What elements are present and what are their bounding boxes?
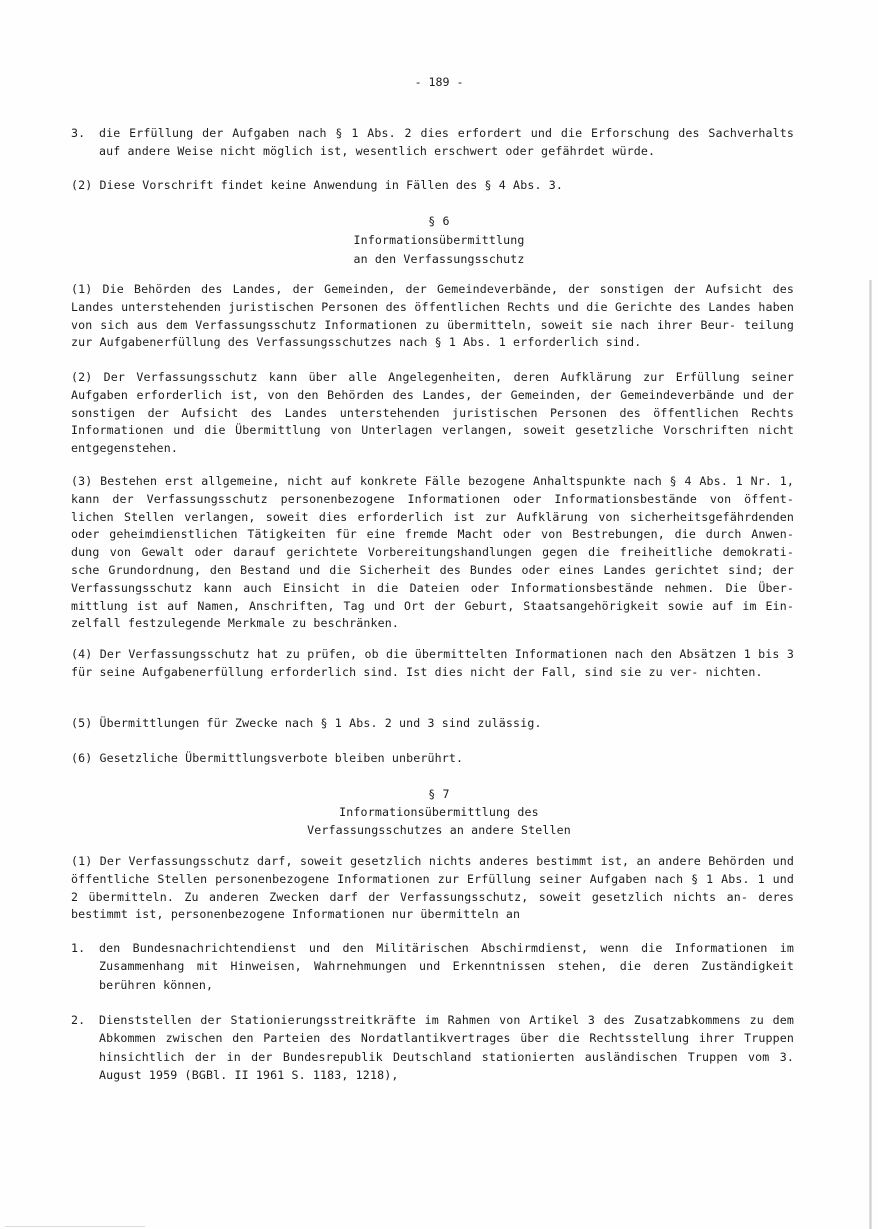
list-item-3: 3. die Erfüllung der Aufgaben nach § 1 A… (71, 124, 794, 161)
list-item-number: 2. (71, 1011, 85, 1029)
section-7-list-item-2: 2. Dienststellen der Stationierungsstrei… (71, 1011, 794, 1084)
section-6-number: § 6 (0, 212, 878, 231)
list-item-number: 1. (71, 939, 85, 957)
section-6-title-line-1: Informationsübermittlung (0, 231, 878, 250)
list-item-text: Dienststellen der Stationierungsstreitkr… (99, 1011, 794, 1084)
section-6-paragraph-2: (2) Der Verfassungsschutz kann über alle… (71, 369, 794, 458)
section-6-paragraph-3: (3) Bestehen erst allgemeine, nicht auf … (71, 473, 794, 633)
list-item-text: den Bundesnachrichtendienst und den Mili… (99, 939, 794, 994)
page-number: - 189 - (0, 74, 878, 91)
section-6-paragraph-5: (5) Übermittlungen für Zwecke nach § 1 A… (71, 715, 794, 733)
scan-bottom-edge (5, 1226, 145, 1227)
paragraph-2: (2) Diese Vorschrift findet keine Anwend… (71, 177, 794, 195)
section-7-number: § 7 (0, 785, 878, 804)
document-page: - 189 - 3. die Erfüllung der Aufgaben na… (0, 0, 878, 1229)
section-6-paragraph-1: (1) Die Behörden des Landes, der Gemeind… (71, 281, 794, 352)
list-item-number: 3. (71, 124, 85, 142)
section-6-paragraph-4: (4) Der Verfassungsschutz hat zu prüfen,… (71, 646, 794, 682)
section-7-list-item-1: 1. den Bundesnachrichtendienst und den M… (71, 939, 794, 994)
list-item-text: die Erfüllung der Aufgaben nach § 1 Abs.… (99, 124, 794, 161)
section-7-title-line-2: Verfassungsschutzes an andere Stellen (0, 821, 878, 840)
section-6-paragraph-6: (6) Gesetzliche Übermittlungsverbote ble… (71, 750, 794, 768)
section-7-title-line-1: Informationsübermittlung des (0, 803, 878, 822)
scan-edge-shadow (869, 280, 872, 1229)
section-7-paragraph-1: (1) Der Verfassungsschutz darf, soweit g… (71, 853, 794, 924)
section-6-title-line-2: an den Verfassungsschutz (0, 250, 878, 269)
